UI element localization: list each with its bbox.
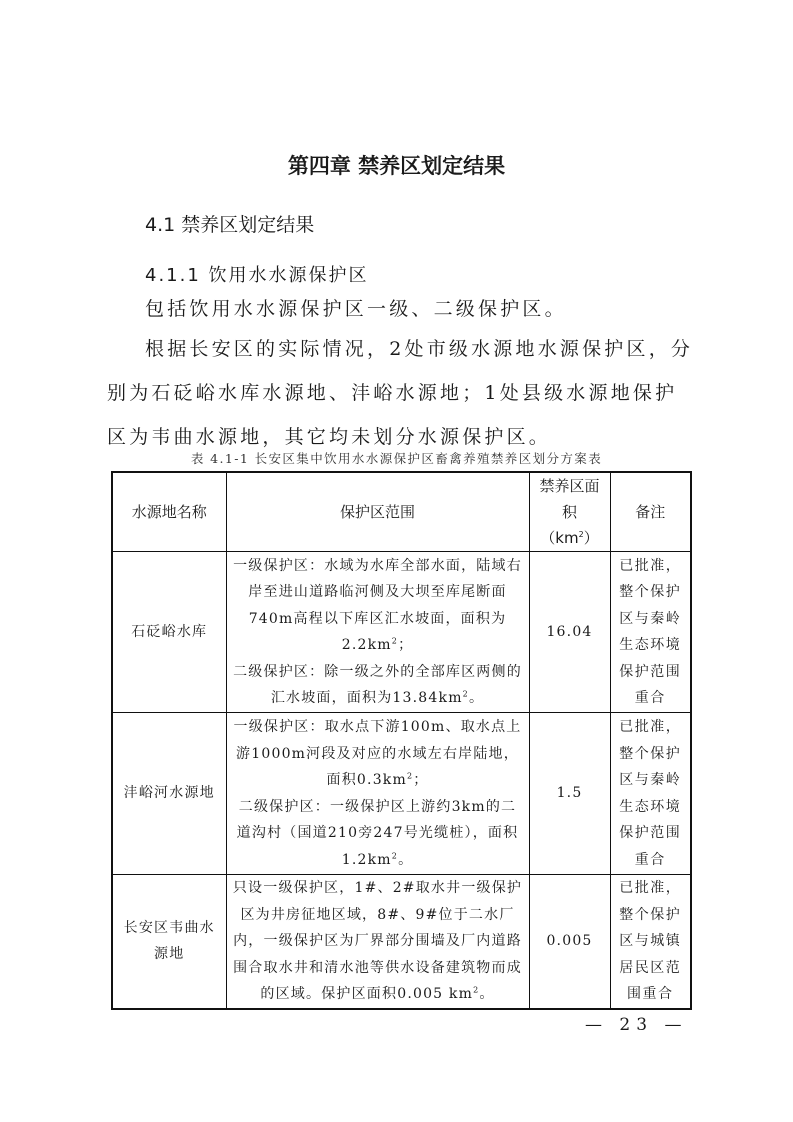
scope-text: 。 — [479, 986, 494, 1002]
header-area: 禁养区面 积（km2） — [529, 472, 610, 552]
scope-text: ； — [413, 772, 428, 788]
scope-text: 。 — [469, 690, 484, 706]
scope-text: 只设一级保护区，1#、2#取水井一级保护区为井房征地区域，8#、9#位于二水厂内… — [233, 880, 522, 1002]
paragraph-intro: 包括饮用水水源保护区一级、二级保护区。 — [145, 287, 567, 331]
cell-name: 沣峪河水源地 — [112, 713, 226, 875]
cell-note: 已批准，整个保护区与秦岭生态环境保护范围重合 — [610, 713, 691, 875]
table-row: 石砭峪水库 一级保护区：水域为水库全部水面，陆域右岸至进山道路临河侧及大坝至库尾… — [112, 552, 691, 713]
cell-note: 已批准，整个保护区与城镇居民区范围重合 — [610, 875, 691, 1009]
table-row: 长安区韦曲水源地 只设一级保护区，1#、2#取水井一级保护区为井房征地区域，8#… — [112, 875, 691, 1009]
cell-scope: 只设一级保护区，1#、2#取水井一级保护区为井房征地区域，8#、9#位于二水厂内… — [226, 875, 529, 1009]
header-area-line1: 禁养区面 — [539, 477, 599, 495]
cell-area: 1.5 — [529, 713, 610, 875]
page-number: — 23 — — [585, 1015, 687, 1035]
header-area-line2-end: ） — [584, 529, 599, 547]
cell-name: 石砭峪水库 — [112, 552, 226, 713]
scope-text: ； — [398, 637, 413, 653]
chapter-title: 第四章 禁养区划定结果 — [0, 150, 793, 180]
cell-scope: 一级保护区：水域为水库全部水面，陆域右岸至进山道路临河侧及大坝至库尾断面740m… — [226, 552, 529, 713]
header-scope: 保护区范围 — [226, 472, 529, 552]
cell-area: 0.005 — [529, 875, 610, 1009]
cell-note: 已批准，整个保护区与秦岭生态环境保护范围重合 — [610, 552, 691, 713]
table-caption: 表 4.1-1 长安区集中饮用水水源保护区畜禽养殖禁养区划分方案表 — [0, 449, 793, 467]
water-source-protection-table: 水源地名称 保护区范围 禁养区面 积（km2） 备注 石砭峪水库 一级保护区：水… — [111, 471, 692, 1010]
cell-area: 16.04 — [529, 552, 610, 713]
subsection-heading: 4.1.1 饮用水水源保护区 — [145, 261, 369, 287]
header-area-line2: 积（km — [540, 503, 578, 547]
table-header-row: 水源地名称 保护区范围 禁养区面 积（km2） 备注 — [112, 472, 691, 552]
header-name: 水源地名称 — [112, 472, 226, 552]
scope-text: 二级保护区：一级保护区上游约3km的二道沟村（国道210旁247号光缆桩），面积… — [237, 799, 519, 868]
scope-text: 一级保护区：取水点下游100m、取水点上游1000m河段及对应的水域左右岸陆地，… — [234, 719, 522, 788]
section-heading: 4.1 禁养区划定结果 — [145, 210, 314, 237]
cell-scope: 一级保护区：取水点下游100m、取水点上游1000m河段及对应的水域左右岸陆地，… — [226, 713, 529, 875]
header-note: 备注 — [610, 472, 691, 552]
paragraph-details: 根据长安区的实际情况，2处市级水源地水源保护区，分别为石砭峪水库水源地、沣峪水源… — [107, 327, 697, 459]
scope-text: 。 — [398, 852, 413, 868]
cell-name: 长安区韦曲水源地 — [112, 875, 226, 1009]
table-row: 沣峪河水源地 一级保护区：取水点下游100m、取水点上游1000m河段及对应的水… — [112, 713, 691, 875]
scope-text: 一级保护区：水域为水库全部水面，陆域右岸至进山道路临河侧及大坝至库尾断面740m… — [233, 558, 522, 654]
